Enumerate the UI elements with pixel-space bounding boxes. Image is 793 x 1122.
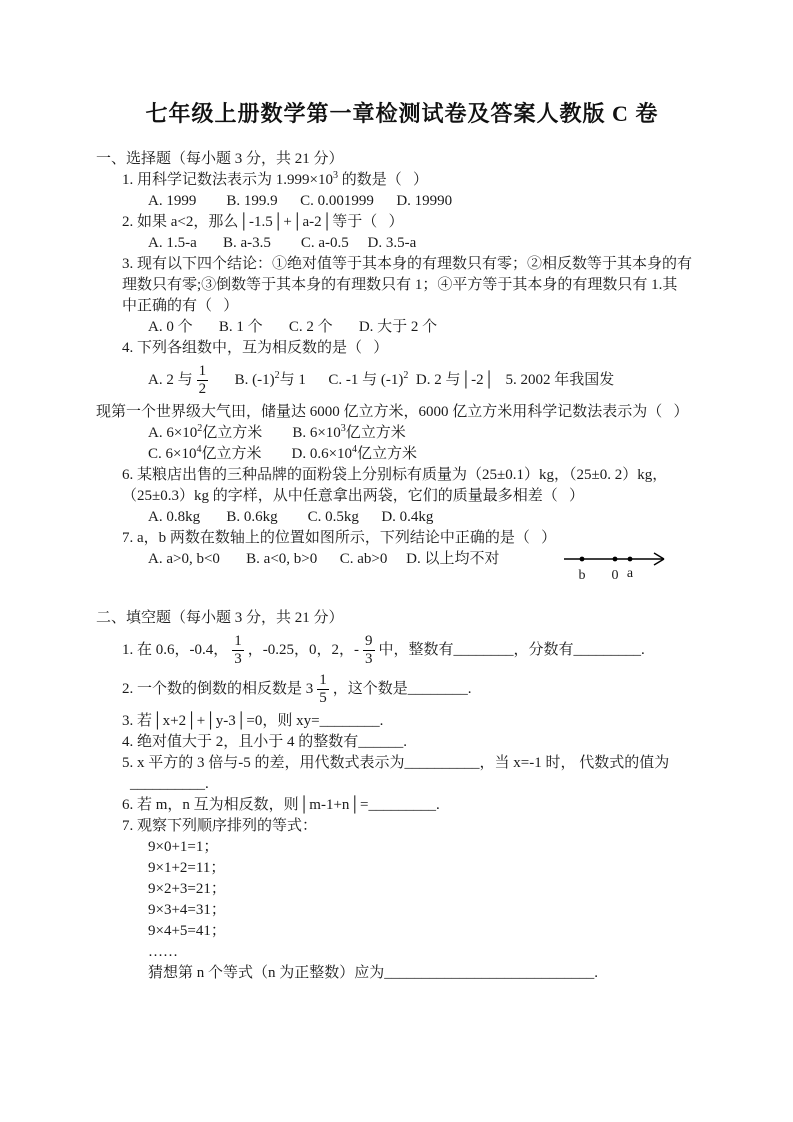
choice-q3-line2: 理数只有零;③倒数等于其本身的有理数只有 1；④平方等于其本身的有理数只有 1.… — [122, 275, 708, 296]
blank-q5-line1: 5. x 平方的 3 倍与-5 的差，用代数式表示为__________，当 x… — [122, 753, 708, 774]
blank-q7-eq1: 9×0+1=1； — [148, 837, 708, 858]
number-line-point-b — [580, 557, 585, 562]
choice-q4-option-b-post: 与 1 — [280, 372, 329, 388]
choice-q5-option-c-unit: 亿立方米 — [201, 446, 261, 462]
choice-q4-option-d: D. 2 与│-2│ — [408, 372, 505, 388]
choice-q6-options: A. 0.8kg B. 0.6kg C. 0.5kg D. 0.4kg — [148, 507, 708, 528]
blank-q7-eq5: 9×4+5=41； — [148, 921, 708, 942]
choice-q2-stem: 2. 如果 a<2，那么│-1.5│+│a-2│等于（ ） — [122, 212, 708, 233]
blank-q2: 2. 一个数的倒数的相反数是 315，这个数是________. — [122, 672, 708, 707]
choice-q5-option-b-unit: 亿立方米 — [346, 425, 406, 441]
blank-q7-guess: 猜想第 n 个等式（n 为正整数）应为_____________________… — [148, 963, 708, 984]
choice-q5-option-c: C. 6×10 — [148, 446, 196, 462]
blank-q4: 4. 绝对值大于 2，且小于 4 的整数有______. — [122, 732, 708, 753]
fraction-numerator: 1 — [197, 363, 209, 380]
fraction-one-third: 13 — [232, 633, 244, 668]
choice-q5-line1: 现第一个世界级大气田，储量达 6000 亿立方米，6000 亿立方米用科学记数法… — [96, 402, 708, 423]
choice-q2-options: A. 1.5-a B. a-3.5 C. a-0.5 D. 3.5-a — [148, 233, 708, 254]
blank-q1-post: 中，整数有________，分数有_________. — [379, 642, 645, 658]
choice-q1-stem: 1. 用科学记数法表示为 1.999×103 的数是（ ） — [122, 170, 708, 191]
choice-section-heading: 一、选择题（每小题 3 分，共 21 分） — [96, 149, 708, 170]
choice-q5-option-b: B. 6×10 — [262, 425, 340, 441]
number-line-label-b: b — [579, 568, 586, 583]
page-title: 七年级上册数学第一章检测试卷及答案人教版 C 卷 — [96, 97, 708, 128]
choice-q1-options: A. 1999 B. 199.9 C. 0.001999 D. 19990 — [148, 191, 708, 212]
choice-q4-option-a: A. 2 与 — [148, 372, 193, 388]
number-line-label-a: a — [627, 566, 634, 581]
blank-q6: 6. 若 m，n 互为相反数，则│m-1+n│=_________. — [122, 795, 708, 816]
blank-q7-eq2: 9×1+2=11； — [148, 858, 708, 879]
fraction-nine-thirds: 93 — [363, 633, 375, 668]
blank-q7-stem: 7. 观察下列顺序排列的等式： — [122, 816, 708, 837]
blank-q3: 3. 若│x+2│+│y-3│=0，则 xy=________. — [122, 711, 708, 732]
choice-q3-options: A. 0 个 B. 1 个 C. 2 个 D. 大于 2 个 — [148, 317, 708, 338]
blank-q2-pre: 2. 一个数的倒数的相反数是 3 — [122, 681, 313, 697]
choice-q5-option-a: A. 6×10 — [148, 425, 197, 441]
choice-q5-options-row1: A. 6×102亿立方米 B. 6×103亿立方米 — [148, 423, 708, 444]
number-line-point-a — [628, 557, 633, 562]
fraction-numerator: 1 — [232, 633, 244, 650]
choice-q5-option-a-unit: 亿立方米 — [202, 425, 262, 441]
blank-q5-line2: __________. — [130, 774, 708, 795]
choice-q1-stem-pre: 1. 用科学记数法表示为 1.999×10 — [122, 172, 333, 188]
choice-q6-line2: （25±0.3）kg 的字样，从中任意拿出两袋，它们的质量最多相差（ ） — [122, 486, 708, 507]
blank-q2-post: ，这个数是________. — [333, 681, 472, 697]
fraction-denominator: 5 — [317, 689, 329, 707]
choice-q5-options-row2: C. 6×104亿立方米 D. 0.6×104亿立方米 — [148, 444, 708, 465]
number-line-figure: b0a — [560, 541, 672, 587]
blank-q7-eq4: 9×3+4=31； — [148, 900, 708, 921]
choice-q3-line3: 中正确的有（ ） — [122, 296, 708, 317]
choice-q4-stem: 4. 下列各组数中，互为相反数的是（ ） — [122, 338, 708, 359]
document-page: 七年级上册数学第一章检测试卷及答案人教版 C 卷 一、选择题（每小题 3 分，共… — [0, 0, 793, 1122]
choice-q5-option-d-unit: 亿立方米 — [357, 446, 417, 462]
blank-q7-eq3: 9×2+3=21； — [148, 879, 708, 900]
blank-q1: 1. 在 0.6，-0.4，13，-0.25，0，2，-93中，整数有_____… — [122, 633, 708, 668]
number-line-point-0 — [613, 557, 618, 562]
choice-q5-lead: 5. 2002 年我国发 — [505, 372, 614, 388]
blank-q7-ellipsis: …… — [148, 942, 708, 963]
choice-q7-options-text: A. a>0, b<0 B. a<0, b>0 C. ab>0 D. 以上均不对 — [148, 551, 499, 567]
choice-q3-line1: 3. 现有以下四个结论：①绝对值等于其本身的有理数只有零；②相反数等于其本身的有 — [122, 254, 708, 275]
number-line-label-0: 0 — [612, 568, 619, 583]
document-content: 七年级上册数学第一章检测试卷及答案人教版 C 卷 一、选择题（每小题 3 分，共… — [96, 97, 708, 984]
choice-q7-options: A. a>0, b<0 B. a<0, b>0 C. ab>0 D. 以上均不对… — [148, 549, 708, 570]
fraction-denominator: 3 — [232, 650, 244, 668]
fraction-denominator: 3 — [363, 650, 375, 668]
choice-q5-option-d: D. 0.6×10 — [261, 446, 352, 462]
fraction-one-half: 12 — [197, 363, 209, 398]
choice-q4-options: A. 2 与12 B. (-1)2与 1 C. -1 与 (-1)2 D. 2 … — [148, 363, 708, 398]
choice-q1-stem-post: 的数是（ ） — [338, 172, 428, 188]
blank-section-heading: 二、填空题（每小题 3 分，共 21 分） — [96, 608, 708, 629]
fraction-numerator: 9 — [363, 633, 375, 650]
fraction-one-fifth: 15 — [317, 672, 329, 707]
choice-q6-line1: 6. 某粮店出售的三种品牌的面粉袋上分别标有质量为（25±0.1）kg，（25±… — [122, 465, 708, 486]
fraction-numerator: 1 — [317, 672, 329, 689]
choice-q4-option-b: B. (-1) — [212, 372, 275, 388]
fraction-denominator: 2 — [197, 380, 209, 398]
blank-q1-pre: 1. 在 0.6，-0.4， — [122, 642, 228, 658]
blank-q1-mid: ，-0.25，0，2，- — [248, 642, 359, 658]
choice-q4-option-c: C. -1 与 (-1) — [328, 372, 403, 388]
